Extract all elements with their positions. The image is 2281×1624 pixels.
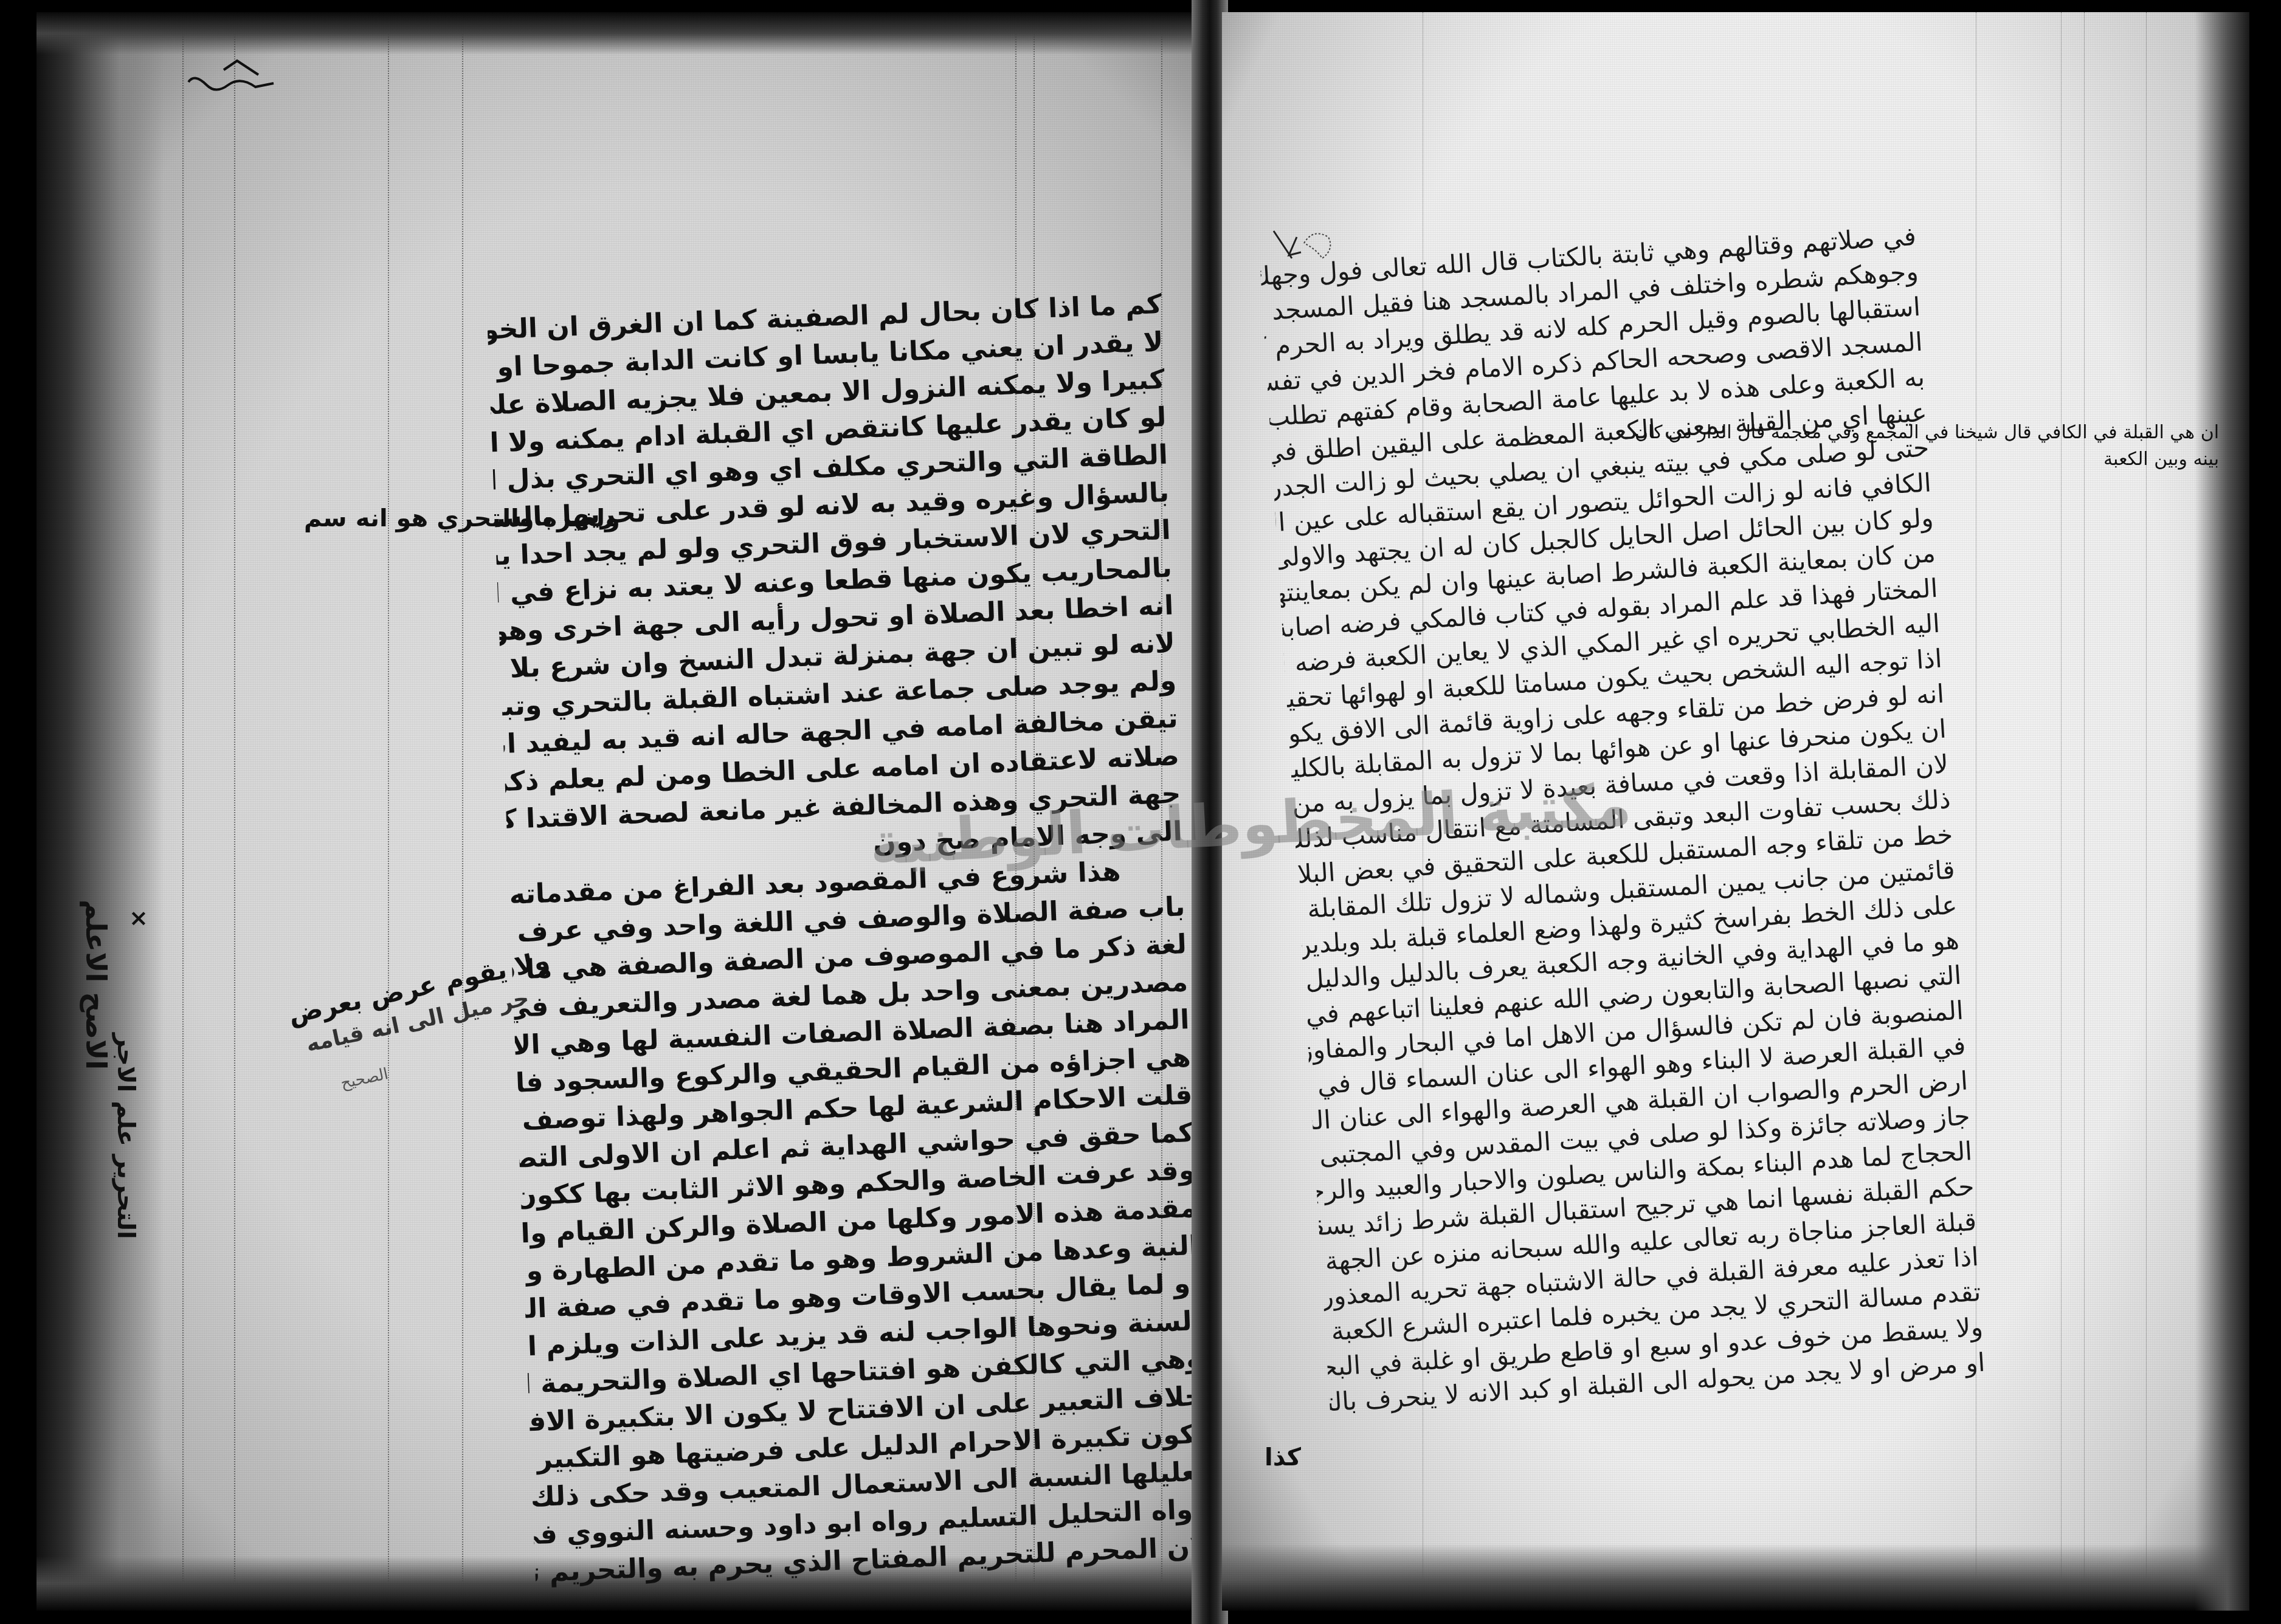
ruling-line <box>2084 12 2085 1611</box>
ruling-line <box>462 12 463 1611</box>
manuscript-spread: كم ما اذا كان بحال لم الصفينة كما ان الغ… <box>0 0 2281 1624</box>
ruling-line <box>388 12 389 1611</box>
margin-note-vertical: التحرير علم الاجر <box>112 1033 140 1239</box>
ruling-line <box>234 12 235 1611</box>
left-page-main-text: كم ما اذا كان بحال لم الصفينة كما ان الغ… <box>487 286 1210 1592</box>
ruling-line <box>2146 12 2147 1611</box>
top-flourish-icon <box>182 58 280 103</box>
catchword: كذا <box>1265 1443 1301 1471</box>
bottom-shadow <box>1222 1544 2249 1611</box>
right-margin-note: ان هي القبلة في الكافي قال شيخنا في المج… <box>1964 419 2219 473</box>
ruling-line <box>182 12 184 1611</box>
right-page-main-text: في صلاتهم وقتالهم وهي ثابتة بالكتاب قال … <box>1260 219 1986 1420</box>
margin-note-line: ان هي القبلة في الكافي قال شيخنا في المج… <box>1964 419 2219 446</box>
margin-note: ولغيره والتحري هو انه سم <box>304 504 620 532</box>
ruling-line <box>2061 12 2062 1611</box>
x-mark-icon: × <box>129 904 148 931</box>
margin-note-vertical: الاصح الاعلم <box>80 900 112 1070</box>
margin-note-line: بينه وبين الكعبة <box>1964 446 2219 473</box>
